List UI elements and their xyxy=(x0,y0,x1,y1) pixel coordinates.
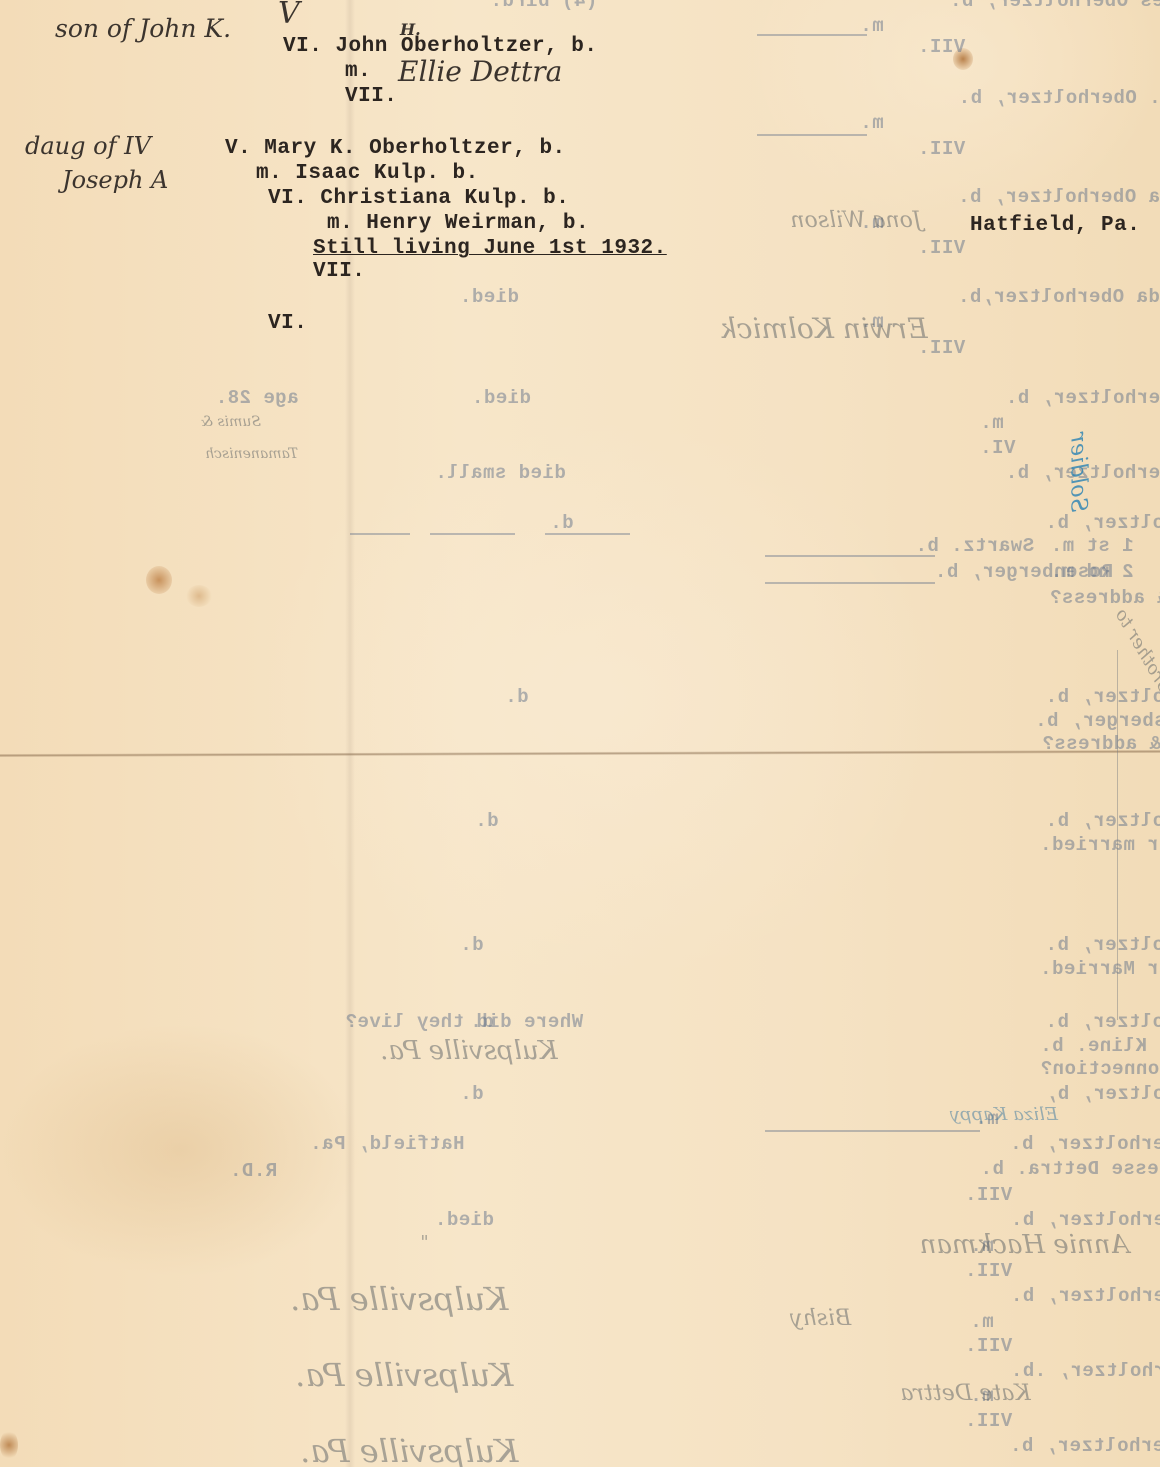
bleed-line: IV. Catharine Oberholtzer, b. xyxy=(1045,512,1160,534)
joseph-note: Joseph A xyxy=(62,166,168,194)
bleed-handwriting: Kulpsville Pa. xyxy=(295,1356,513,1394)
entry-christiana-spouse: m. Henry Weirman, b. xyxy=(327,212,589,235)
bleed-line: R.D. xyxy=(230,1160,278,1182)
bleed-line: VII. xyxy=(918,36,966,58)
bleed-line: IV. Hannah A. Oberholtzer, b. xyxy=(1045,934,1160,956)
bleed-line: Can you suggest several living members o… xyxy=(1042,733,1160,755)
entry-still-living: Still living June 1st 1932. xyxy=(313,237,667,260)
bleed-line: VI. Mary Oberholtzer, b. xyxy=(1010,1133,1160,1155)
blank-line xyxy=(430,533,515,535)
bleed-line: m. Peter Hunsberger, b. xyxy=(1035,710,1160,732)
bleed-line: died. xyxy=(435,1209,495,1231)
bleed-handwriting: Kulpsville Pa. xyxy=(290,1280,508,1318)
bleed-line: died small. xyxy=(435,462,566,484)
stain xyxy=(186,585,212,607)
daug-note: daug of IV xyxy=(25,132,151,160)
bleed-line: VII. xyxy=(965,1260,1013,1282)
entry-john-vii: VII. xyxy=(345,85,397,108)
bleed-line: VI. Emma Oberholtzer, b. xyxy=(958,186,1160,208)
bleed-line: V. John H. Oberholtzer, b. xyxy=(1005,387,1160,409)
john-spouse-handwritten: Ellie Dettra xyxy=(398,55,562,88)
bleed-line: VII. xyxy=(918,138,966,160)
bleed-line: d. xyxy=(460,1083,484,1105)
bleed-line: (4) bird. xyxy=(490,0,597,12)
bleed-line: VI. Allen Oberholtzer, .b. xyxy=(1010,1360,1160,1382)
location-hatfield: Hatfield, Pa. xyxy=(970,214,1140,237)
bleed-line: m. Jesse Dettra. b. xyxy=(980,1158,1160,1180)
entry-christiana-kulp: VI. Christiana Kulp. b. xyxy=(268,187,569,210)
bleed-line: VII. xyxy=(965,1410,1013,1432)
blank-line xyxy=(757,134,867,136)
entry-vi-blank: VI. xyxy=(268,312,307,335)
entry-mary-spouse: m. Isaac Kulp. b. xyxy=(256,162,479,185)
pencil-margin-note: Brother to xyxy=(1111,605,1160,697)
entry-mary-oberholtzer: V. Mary K. Oberholtzer, b. xyxy=(225,137,566,160)
bleed-line: VI. Harvey Oberholtzer, b. xyxy=(1010,1285,1160,1307)
bleed-line: Never married. xyxy=(1040,834,1160,856)
bleed-handwriting: Tamanenisch xyxy=(205,446,298,462)
stain xyxy=(0,1430,18,1460)
entry-john-m-label: m. xyxy=(345,60,371,83)
bleed-handwriting: Kate Dettra xyxy=(900,1381,1030,1406)
bleed-line: 1 st m. xyxy=(1050,535,1133,557)
bleed-handwriting: Kulpsville Pa. xyxy=(380,1036,557,1066)
blank-line xyxy=(350,533,410,535)
bleed-handwriting: Jona Wilson xyxy=(790,208,921,233)
bleed-line: d. xyxy=(505,686,529,708)
stain xyxy=(146,566,172,594)
bleed-line: IV. Molly A. Oberholtzer, b. xyxy=(1045,810,1160,832)
bleed-line: VII. xyxy=(965,1335,1013,1357)
bleed-line: d. xyxy=(475,810,499,832)
blue-margin-note: Soldier xyxy=(1066,433,1091,513)
bleed-line: m. xyxy=(970,1311,994,1333)
bleed-line: died. xyxy=(460,286,520,308)
bleed-line: Where did they live? xyxy=(345,1011,583,1033)
bleed-line: VI. xyxy=(980,437,1016,459)
bleed-line: VI. Henry W. Oberholtzer, b. xyxy=(958,87,1160,109)
bleed-line: M. Catharine Kline. b. xyxy=(1040,1035,1160,1057)
bleed-line: d. xyxy=(550,512,574,534)
handwritten-v: V xyxy=(278,0,300,31)
bleed-line: IV. Joseph A. Oberholtzer, b. xyxy=(1045,1011,1160,1033)
blank-line xyxy=(765,555,935,557)
bleed-line: Can you give me a living member of this … xyxy=(1050,587,1160,609)
bleed-line: IV. Annie A. Oberholtzer, b. xyxy=(1045,686,1160,708)
bleed-handwriting: Eliza Kappy xyxy=(950,1104,1058,1125)
bleed-line: Rosenberger, b. xyxy=(935,561,1114,583)
blank-line xyxy=(765,582,935,584)
bleed-line: VI. Henry Oberholtzer, b. xyxy=(1010,1435,1160,1457)
blank-line xyxy=(757,34,867,36)
bleed-line: d. xyxy=(460,934,484,956)
pencil-bracket-line xyxy=(1117,650,1118,1020)
horizontal-fold-crease xyxy=(0,750,1160,757)
bleed-line: Swartz. b. xyxy=(915,535,1034,557)
blank-line xyxy=(545,533,630,535)
bleed-handwriting: Bishy xyxy=(790,1306,851,1331)
bleed-line: age 28. xyxy=(215,387,298,409)
bleed-handwriting: Sumis & xyxy=(200,414,260,430)
bleed-line: VI. James Oberholtzer, b. xyxy=(950,0,1160,12)
son-of-note: son of John K. xyxy=(55,14,231,43)
bleed-handwriting: Erwin Kolmick xyxy=(720,312,928,345)
bleed-line: VII. xyxy=(918,337,966,359)
bleed-line: m. xyxy=(860,112,884,134)
bleed-line: VI. Isaiah Oberholtzer, b. xyxy=(1010,1209,1160,1231)
bleed-handwriting: " xyxy=(420,1232,428,1253)
blank-line xyxy=(765,1130,980,1132)
bleed-line: m. xyxy=(980,412,1004,434)
bleed-line: VI. Amanda Oberholtzer,b. xyxy=(958,286,1160,308)
bleed-line: Never Married. xyxy=(1040,958,1160,980)
entry-christiana-vii: VII. xyxy=(313,260,365,283)
bleed-handwriting: Kulpsville Pa. xyxy=(300,1432,518,1467)
bleed-line: VII. xyxy=(918,237,966,259)
bleed-handwriting: Annie Hackman xyxy=(920,1230,1130,1260)
bleed-line: VII. xyxy=(965,1184,1013,1206)
bleed-line: V. John K. Oberholtzer, b, xyxy=(1045,1083,1160,1105)
bleed-line: Church connection? xyxy=(1040,1058,1160,1080)
bleed-line: Hatfield, Pa. xyxy=(310,1133,465,1155)
bleed-line: died. xyxy=(472,387,532,409)
